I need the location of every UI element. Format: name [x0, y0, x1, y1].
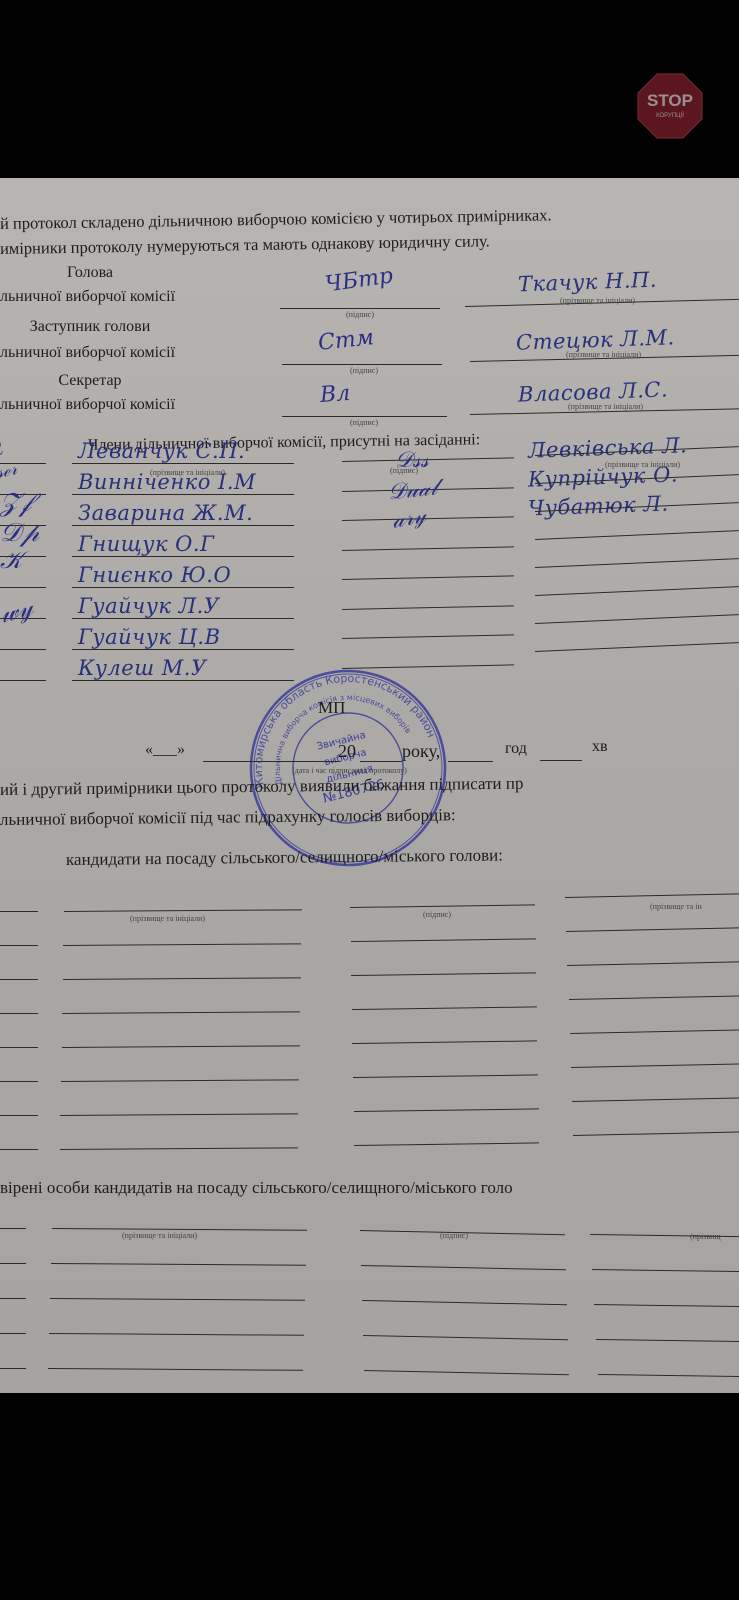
candidate-name-line — [60, 1147, 298, 1150]
members-right-caption: (прізвище та ініціали) — [605, 460, 680, 469]
margin-signature: 𝓈ℯ𝓇 — [0, 458, 19, 483]
candidate-margin-line — [0, 911, 38, 912]
secretary-role-commission: льничної виборчої комісії — [0, 396, 175, 414]
candidate-margin-line — [0, 979, 38, 980]
proxy-name-line — [51, 1263, 306, 1266]
candidate-right-name-line — [572, 1097, 739, 1102]
chair-sign-caption: (підпис) — [346, 310, 374, 319]
member-name-line — [72, 618, 294, 619]
member-name: Гнищук О.Г — [78, 532, 214, 556]
margin-signature: ℓ — [0, 435, 6, 461]
date-caption: (дата і час підписання протоколу) — [292, 766, 407, 775]
proxies-name-caption: (прізвище та ініціали) — [122, 1231, 197, 1240]
member-name: Кулеш М.У — [78, 656, 207, 680]
margin-signature: 𝒦 — [0, 546, 22, 574]
proxy-right-name-line — [594, 1304, 739, 1307]
candidate-right-name-line — [567, 961, 739, 966]
member-signature-line — [342, 546, 514, 551]
proxy-margin-line — [0, 1368, 26, 1369]
proxy-signature-line — [362, 1300, 567, 1306]
member-name: Леванчук С.П. — [78, 439, 245, 463]
deputy-role-title: Заступник голови — [0, 318, 190, 336]
candidate-name-line — [63, 977, 301, 980]
member-signature-line — [342, 575, 514, 580]
candidates-name-caption-right: (прізвище та ін — [650, 902, 702, 911]
member-name: Гниєнко Ю.О — [78, 563, 231, 587]
margin-signature: 𝓌𝓎 — [0, 592, 37, 631]
chair-name: Ткачук Н.П. — [518, 268, 658, 297]
member-signature-line — [342, 605, 514, 610]
member-name-line — [72, 463, 294, 464]
member-signature: 𝒶𝓇𝓎 — [390, 503, 428, 534]
date-day-quote: «___» — [145, 741, 185, 759]
candidates-sign-caption: (підпис) — [423, 910, 451, 919]
chair-signature: ЧБтр — [324, 263, 395, 297]
proxy-name-line — [48, 1368, 303, 1371]
member-right-name-line — [535, 614, 739, 624]
candidate-right-name-line — [569, 995, 739, 1000]
candidate-signature-line — [352, 1040, 537, 1044]
date-year-suffix: року, — [402, 741, 440, 762]
proxy-margin-line — [0, 1298, 26, 1299]
candidate-name-line — [61, 1079, 299, 1082]
member-right-name-line — [535, 558, 739, 568]
member-margin-line — [0, 587, 46, 588]
margin-signature: 𝒵𝒻 — [0, 488, 31, 519]
candidate-margin-line — [0, 1149, 38, 1150]
member-name: Гуайчук Л.У — [78, 594, 219, 618]
members-name-caption: (прізвище та ініціали) — [150, 468, 225, 477]
candidate-signature-line — [354, 1108, 539, 1112]
member-signature: 𝒟𝓈𝓈 — [395, 448, 429, 473]
proxy-right-name-line — [592, 1269, 739, 1272]
svg-text:STOP: STOP — [647, 91, 693, 110]
proxy-name-line — [50, 1298, 305, 1301]
svg-text:КОРУПЦІЇ: КОРУПЦІЇ — [656, 112, 684, 119]
candidate-name-line — [62, 1011, 300, 1014]
member-name: Заварина Ж.М. — [78, 501, 253, 525]
proxy-margin-line — [0, 1333, 26, 1334]
proxy-right-name-line — [598, 1374, 739, 1377]
date-minutes-label: хв — [592, 738, 608, 756]
member-name-line — [72, 556, 294, 557]
intro-line-2: имірники протоколу нумеруються та мають … — [0, 231, 490, 259]
candidate-signature-line — [351, 938, 536, 942]
member-right-name-line — [535, 642, 739, 652]
member-name-line — [72, 494, 294, 495]
candidate-right-name-line — [570, 1029, 739, 1034]
secretary-name-caption: (прізвище та ініціали) — [568, 402, 643, 411]
candidate-signature-line — [351, 972, 536, 976]
member-right-name-line — [535, 586, 739, 596]
deputy-sign-caption: (підпис) — [350, 366, 378, 375]
member-name-line — [72, 680, 294, 681]
candidate-margin-line — [0, 1081, 38, 1082]
proxy-name-line — [49, 1333, 304, 1336]
member-margin-line — [0, 680, 46, 681]
member-right-name: Левківська Л. — [528, 433, 688, 463]
proxy-signature-line — [363, 1335, 568, 1341]
proxy-signature-line — [364, 1370, 569, 1376]
intro-line-1: й протокол складено дільничною виборчою … — [0, 205, 552, 234]
candidate-signature-line — [350, 904, 535, 908]
member-name: Гуайчук Ц.В — [78, 625, 221, 649]
secretary-sign-caption: (підпис) — [350, 418, 378, 427]
date-hours-label: год — [505, 740, 527, 758]
chair-role-commission: льничної виборчої комісії — [0, 288, 175, 306]
candidate-signature-line — [352, 1006, 537, 1010]
candidate-right-name-line — [571, 1063, 739, 1068]
candidate-margin-line — [0, 1013, 38, 1014]
candidate-right-name-line — [573, 1131, 739, 1136]
candidate-name-line — [64, 909, 302, 912]
proxy-margin-line — [0, 1263, 26, 1264]
date-year-line — [360, 761, 402, 762]
member-signature-line — [342, 634, 514, 639]
date-month-line — [203, 761, 340, 762]
secretary-role-title: Секретар — [0, 372, 190, 390]
date-minutes-line — [540, 760, 582, 761]
chair-name-caption: (прізвище та ініціали) — [560, 296, 635, 305]
deputy-role-commission: льничної виборчої комісії — [0, 344, 175, 362]
candidate-right-name-line — [565, 893, 739, 898]
candidate-name-line — [62, 1045, 300, 1048]
candidates-name-caption: (прізвище та ініціали) — [130, 914, 205, 923]
secretary-signature: Вл — [319, 381, 351, 408]
candidate-margin-line — [0, 1115, 38, 1116]
member-signature: 𝒟𝓊𝒶𝓁 — [387, 475, 439, 505]
candidate-margin-line — [0, 1047, 38, 1048]
member-margin-line — [0, 649, 46, 650]
member-signature-line — [342, 516, 514, 521]
stop-sign-icon: STOP КОРУПЦІЇ — [637, 73, 703, 139]
date-hours-line — [448, 761, 493, 762]
candidate-name-line — [63, 943, 301, 946]
candidates-heading: кандидати на посаду сільського/селищного… — [66, 845, 503, 870]
stamp-mp-label: МП — [318, 698, 345, 718]
candidate-margin-line — [0, 945, 38, 946]
member-name-line — [72, 649, 294, 650]
proxy-margin-line — [0, 1228, 26, 1229]
member-name-line — [72, 525, 294, 526]
election-protocol-page: й протокол складено дільничною виборчою … — [0, 178, 739, 1393]
deputy-signature: Стм — [317, 325, 375, 356]
candidate-signature-line — [354, 1142, 539, 1146]
date-year-prefix: 20 — [338, 741, 356, 762]
chair-role-title: Голова — [0, 264, 190, 282]
proxy-right-name-line — [596, 1339, 739, 1342]
margin-signature: 𝒟𝓅 — [0, 518, 39, 549]
stop-corruption-logo: STOP КОРУПЦІЇ — [637, 73, 703, 139]
deputy-name-caption: (прізвище та ініціали) — [566, 350, 641, 359]
member-right-name-line — [535, 530, 739, 540]
candidate-signature-line — [353, 1074, 538, 1078]
candidate-right-name-line — [566, 927, 739, 932]
candidate-name-line — [60, 1113, 298, 1116]
member-name-line — [72, 587, 294, 588]
proxy-signature-line — [361, 1265, 566, 1271]
proxies-heading: вірені особи кандидатів на посаду сільсь… — [0, 1178, 513, 1198]
